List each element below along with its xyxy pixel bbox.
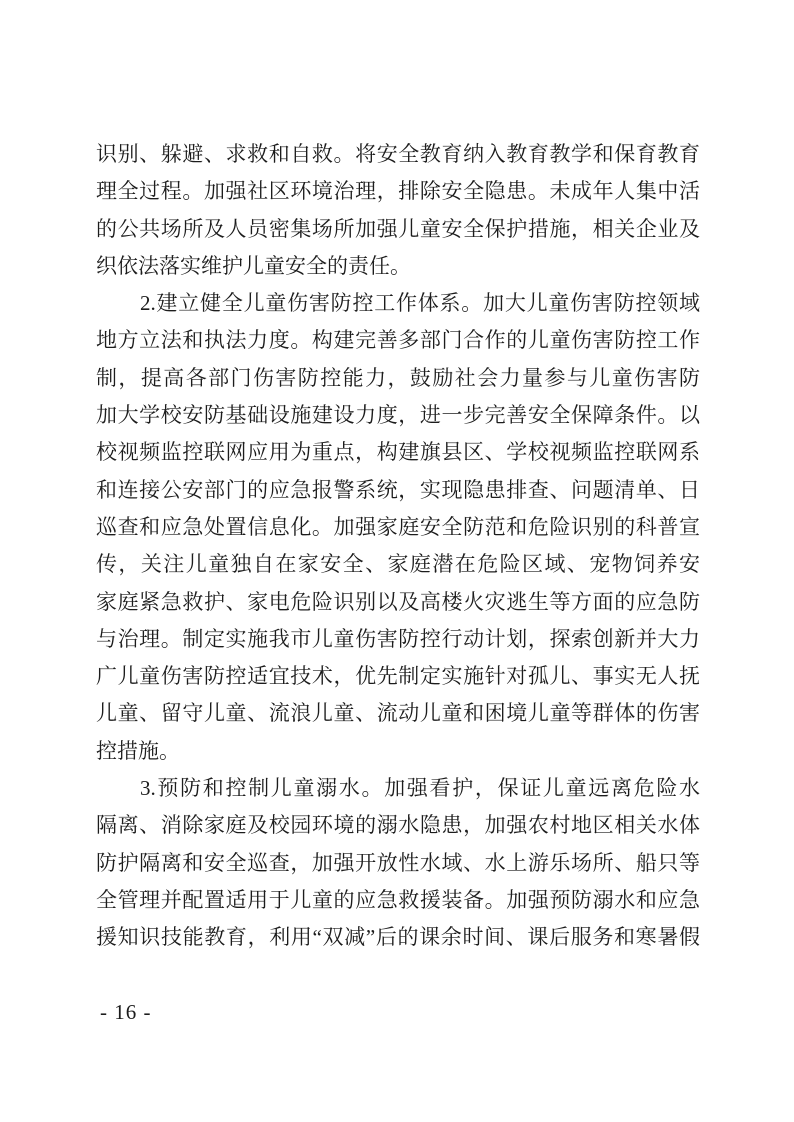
text-line: 地方立法和执法力度。构建完善多部门合作的儿童伤害防控工作机 <box>96 322 700 359</box>
text-line: 家庭紧急救护、家电危险识别以及高楼火灾逃生等方面的应急防护 <box>96 584 700 621</box>
text-line: 与治理。制定实施我市儿童伤害防控行动计划，探索创新并大力推 <box>96 621 700 658</box>
page-number: - 16 - <box>100 1000 152 1025</box>
text-line: 巡查和应急处置信息化。加强家庭安全防范和危险识别的科普宣 <box>96 509 700 546</box>
text-line: 援知识技能教育，利用“双减”后的课余时间、课后服务和寒暑假假 <box>96 919 700 956</box>
text-line: 防护隔离和安全巡查，加强开放性水域、水上游乐场所、船只等安 <box>96 845 700 882</box>
text-line: 2.建立健全儿童伤害防控工作体系。加大儿童伤害防控领域的 <box>96 285 700 322</box>
document-page: 识别、躲避、求救和自救。将安全教育纳入教育教学和保育教育管理全过程。加强社区环境… <box>0 0 794 1122</box>
text-line: 加大学校安防基础设施建设力度，进一步完善安全保障条件。以学 <box>96 397 700 434</box>
text-line: 全管理并配置适用于儿童的应急救援装备。加强预防溺水和应急救 <box>96 882 700 919</box>
text-line: 隔离、消除家庭及校园环境的溺水隐患，加强农村地区相关水体的 <box>96 807 700 844</box>
text-line: 3.预防和控制儿童溺水。加强看护，保证儿童远离危险水体。 <box>96 770 700 807</box>
text-line: 校视频监控联网应用为重点，构建旗县区、学校视频监控联网系统 <box>96 434 700 471</box>
text-line: 识别、躲避、求救和自救。将安全教育纳入教育教学和保育教育管 <box>96 136 700 173</box>
text-line: 广儿童伤害防控适宜技术，优先制定实施针对孤儿、事实无人抚养 <box>96 658 700 695</box>
text-line: 的公共场所及人员密集场所加强儿童安全保护措施，相关企业及组 <box>96 211 700 248</box>
text-line: 儿童、留守儿童、流浪儿童、流动儿童和困境儿童等群体的伤害防 <box>96 695 700 732</box>
text-line: 和连接公安部门的应急报警系统，实现隐患排查、问题清单、日常 <box>96 472 700 509</box>
text-line: 传，关注儿童独自在家安全、家庭潜在危险区域、宠物饲养安全、 <box>96 546 700 583</box>
text-line: 制，提高各部门伤害防控能力，鼓励社会力量参与儿童伤害防控。 <box>96 360 700 397</box>
text-line: 理全过程。加强社区环境治理，排除安全隐患。未成年人集中活动 <box>96 173 700 210</box>
text-line: 控措施。 <box>96 733 700 770</box>
text-line: 织依法落实维护儿童安全的责任。 <box>96 248 700 285</box>
document-body: 识别、躲避、求救和自救。将安全教育纳入教育教学和保育教育管理全过程。加强社区环境… <box>96 136 700 957</box>
